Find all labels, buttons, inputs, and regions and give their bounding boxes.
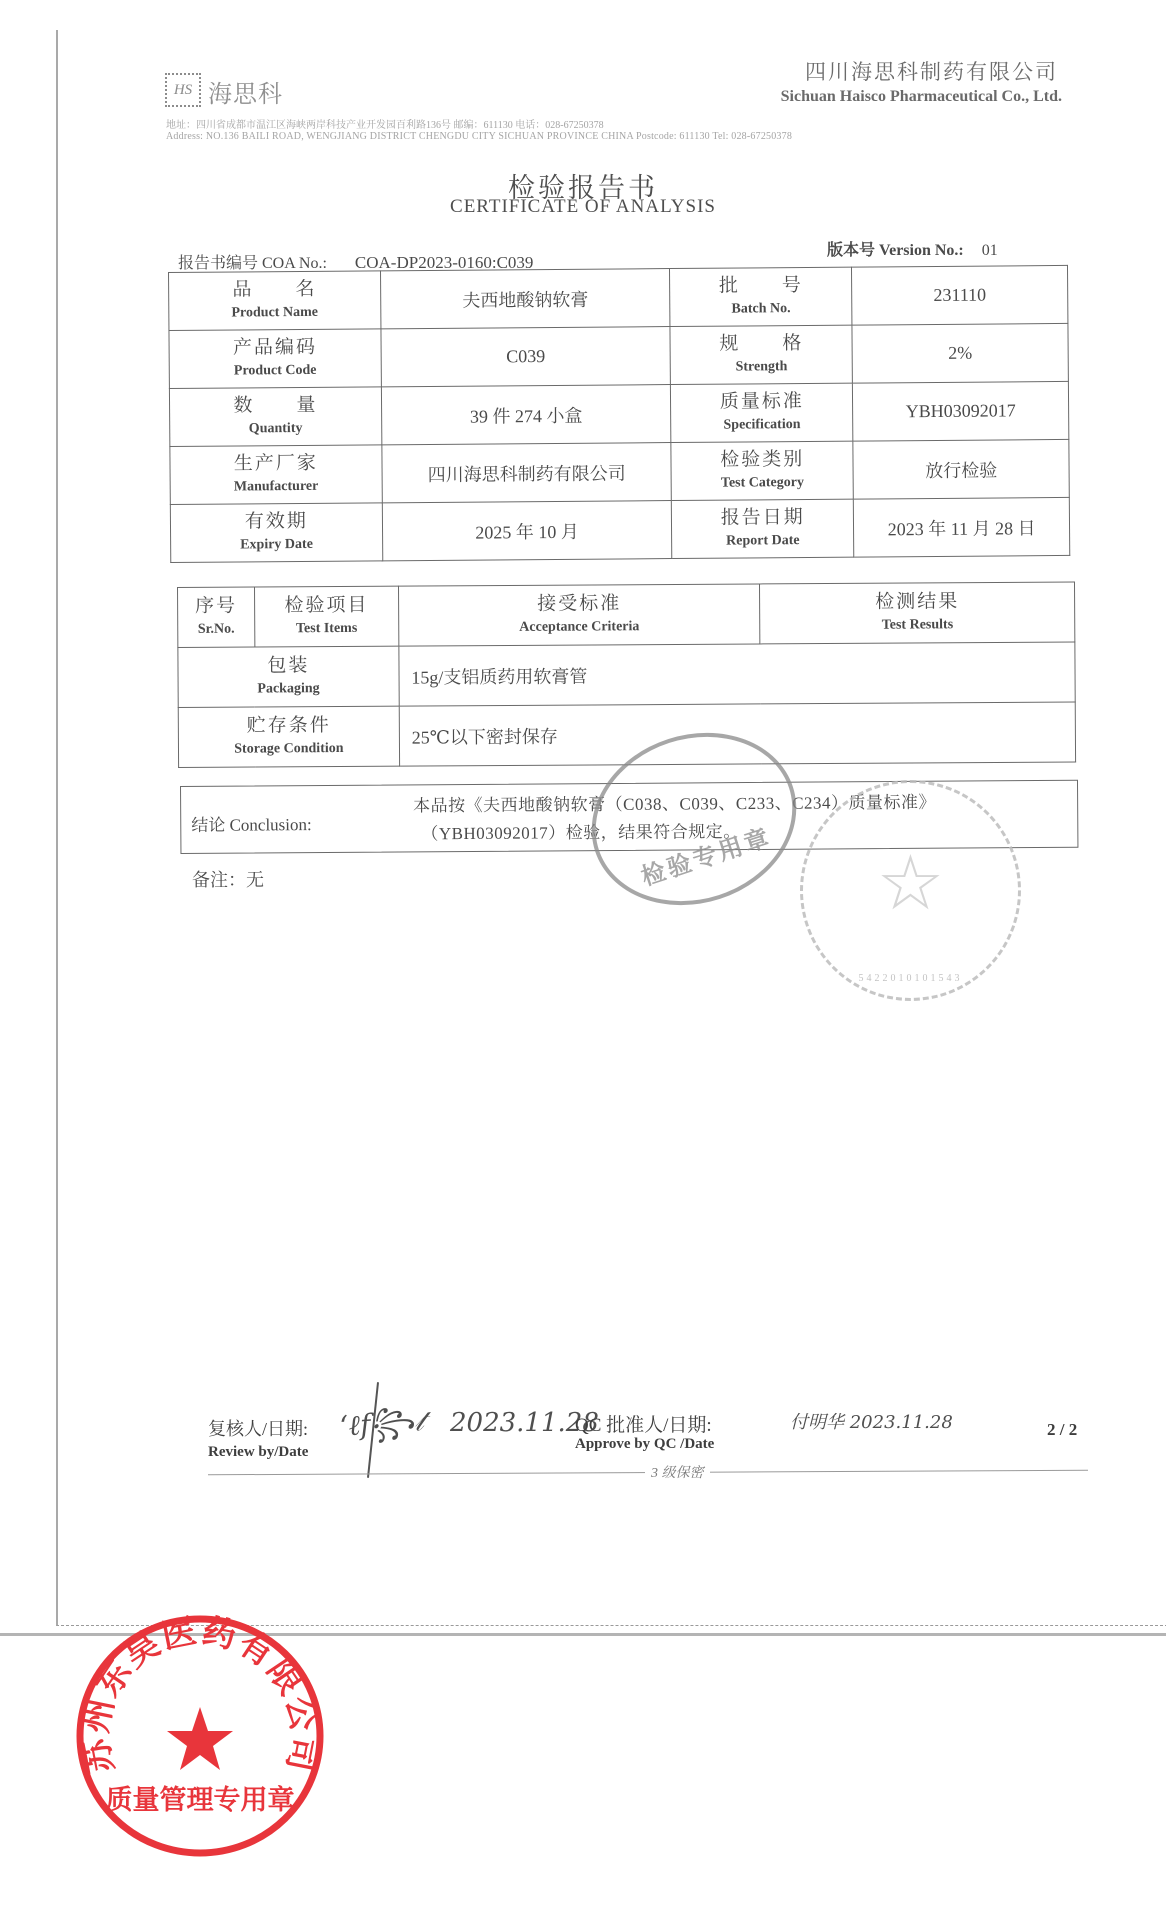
field-value: YBH03092017 [853, 381, 1069, 441]
header-test-results: 检测结果 Test Results [760, 582, 1075, 644]
conclusion-label: 结论 Conclusion: [191, 810, 312, 836]
company-address-en: Address: NO.136 BAILI ROAD, WENGJIANG DI… [166, 131, 792, 142]
field-value: 231110 [852, 265, 1068, 325]
stamp-number: 5422010101543 [803, 973, 1018, 984]
field-label: 检验类别 Test Category [671, 441, 853, 500]
test-item: 包装 Packaging [178, 646, 399, 707]
company-address-cn: 地址：四川省成都市温江区海峡两岸科技产业开发园百利路136号 邮编：611130… [166, 116, 604, 131]
field-value: 夫西地酸钠软膏 [380, 269, 670, 329]
table-row: 产品编码 Product Code C039 规 格 Strength 2% [169, 323, 1068, 388]
field-label: 有效期 Expiry Date [170, 503, 382, 563]
product-info-table: 品 名 Product Name 夫西地酸钠软膏 批 号 Batch No. 2… [168, 265, 1070, 563]
table-row: 数 量 Quantity 39 件 274 小盒 质量标准 Specificat… [169, 381, 1068, 446]
field-label: 规 格 Strength [670, 325, 852, 384]
remark: 备注：无 [192, 866, 264, 892]
page-number: 2 / 2 [1047, 1420, 1077, 1440]
table-row: 包装 Packaging 15g/支铝质药用软膏管 [178, 642, 1075, 707]
table-row: 有效期 Expiry Date 2025 年 10 月 报告日期 Report … [170, 497, 1069, 562]
company-name-cn: 四川海思科制药有限公司 [805, 56, 1058, 86]
field-value: 2% [852, 323, 1068, 383]
table-row: 品 名 Product Name 夫西地酸钠软膏 批 号 Batch No. 2… [169, 265, 1068, 330]
approve-label-en: Approve by QC /Date [575, 1436, 714, 1453]
field-value: 2025 年 10 月 [382, 501, 672, 561]
star-icon: ☆ [803, 838, 1018, 928]
version-label: 版本号 Version No.: [827, 242, 964, 259]
version-number: 版本号 Version No.:01 [827, 237, 998, 260]
company-logo-icon: HS [165, 73, 201, 107]
red-stamp-purpose: 质量管理专用章 [106, 1784, 295, 1816]
test-table-header: 序号 Sr.No. 检验项目 Test Items 接受标准 Acceptanc… [178, 582, 1075, 647]
test-item: 贮存条件 Storage Condition [178, 706, 399, 767]
review-label-cn: 复核人/日期: [208, 1415, 308, 1441]
field-label: 批 号 Batch No. [670, 267, 852, 326]
star-icon [167, 1707, 233, 1770]
header-acceptance-criteria: 接受标准 Acceptance Criteria [398, 584, 760, 646]
field-value: C039 [381, 327, 671, 387]
review-signature: ‘ℓf꧂𝓉 [338, 1399, 426, 1462]
table-row: 贮存条件 Storage Condition 25℃以下密封保存 [178, 702, 1075, 767]
acceptance-criteria: 15g/支铝质药用软膏管 [399, 642, 1076, 706]
company-name-en: Sichuan Haisco Pharmaceutical Co., Ltd. [781, 88, 1062, 106]
field-value: 39 件 274 小盒 [381, 385, 671, 445]
confidentiality-level: 3 级保密 [645, 1462, 710, 1482]
field-value: 四川海思科制药有限公司 [382, 443, 672, 503]
field-value: 2023 年 11 月 28 日 [853, 497, 1069, 557]
document-title-en: CERTIFICATE OF ANALYSIS [0, 196, 1166, 218]
quality-assurance-stamp: ☆ 5422010101543 [800, 780, 1021, 1001]
field-label: 质量标准 Specification [671, 383, 853, 442]
header-sr-no: 序号 Sr.No. [178, 587, 255, 647]
coa-number-label: 报告书编号 COA No.: [178, 255, 327, 272]
company-quality-stamp: 苏州东昊医药有限公司 质量管理专用章 [74, 1612, 326, 1860]
field-label: 数 量 Quantity [169, 387, 381, 447]
header-test-items: 检验项目 Test Items [254, 586, 398, 647]
table-row: 生产厂家 Manufacturer 四川海思科制药有限公司 检验类别 Test … [170, 439, 1069, 504]
company-logo-text: 海思科 [208, 74, 283, 109]
review-label-en: Review by/Date [208, 1444, 308, 1461]
approve-label-cn: QC 批准人/日期: [575, 1410, 712, 1437]
approve-signature: 付明华 2023.11.28 [790, 1408, 953, 1434]
field-label: 产品编码 Product Code [169, 329, 381, 389]
version-value: 01 [982, 242, 998, 259]
field-label: 品 名 Product Name [169, 271, 381, 331]
field-value: 放行检验 [853, 439, 1069, 499]
test-results-table: 序号 Sr.No. 检验项目 Test Items 接受标准 Acceptanc… [177, 582, 1076, 768]
field-label: 生产厂家 Manufacturer [170, 445, 382, 505]
field-label: 报告日期 Report Date [672, 499, 854, 558]
